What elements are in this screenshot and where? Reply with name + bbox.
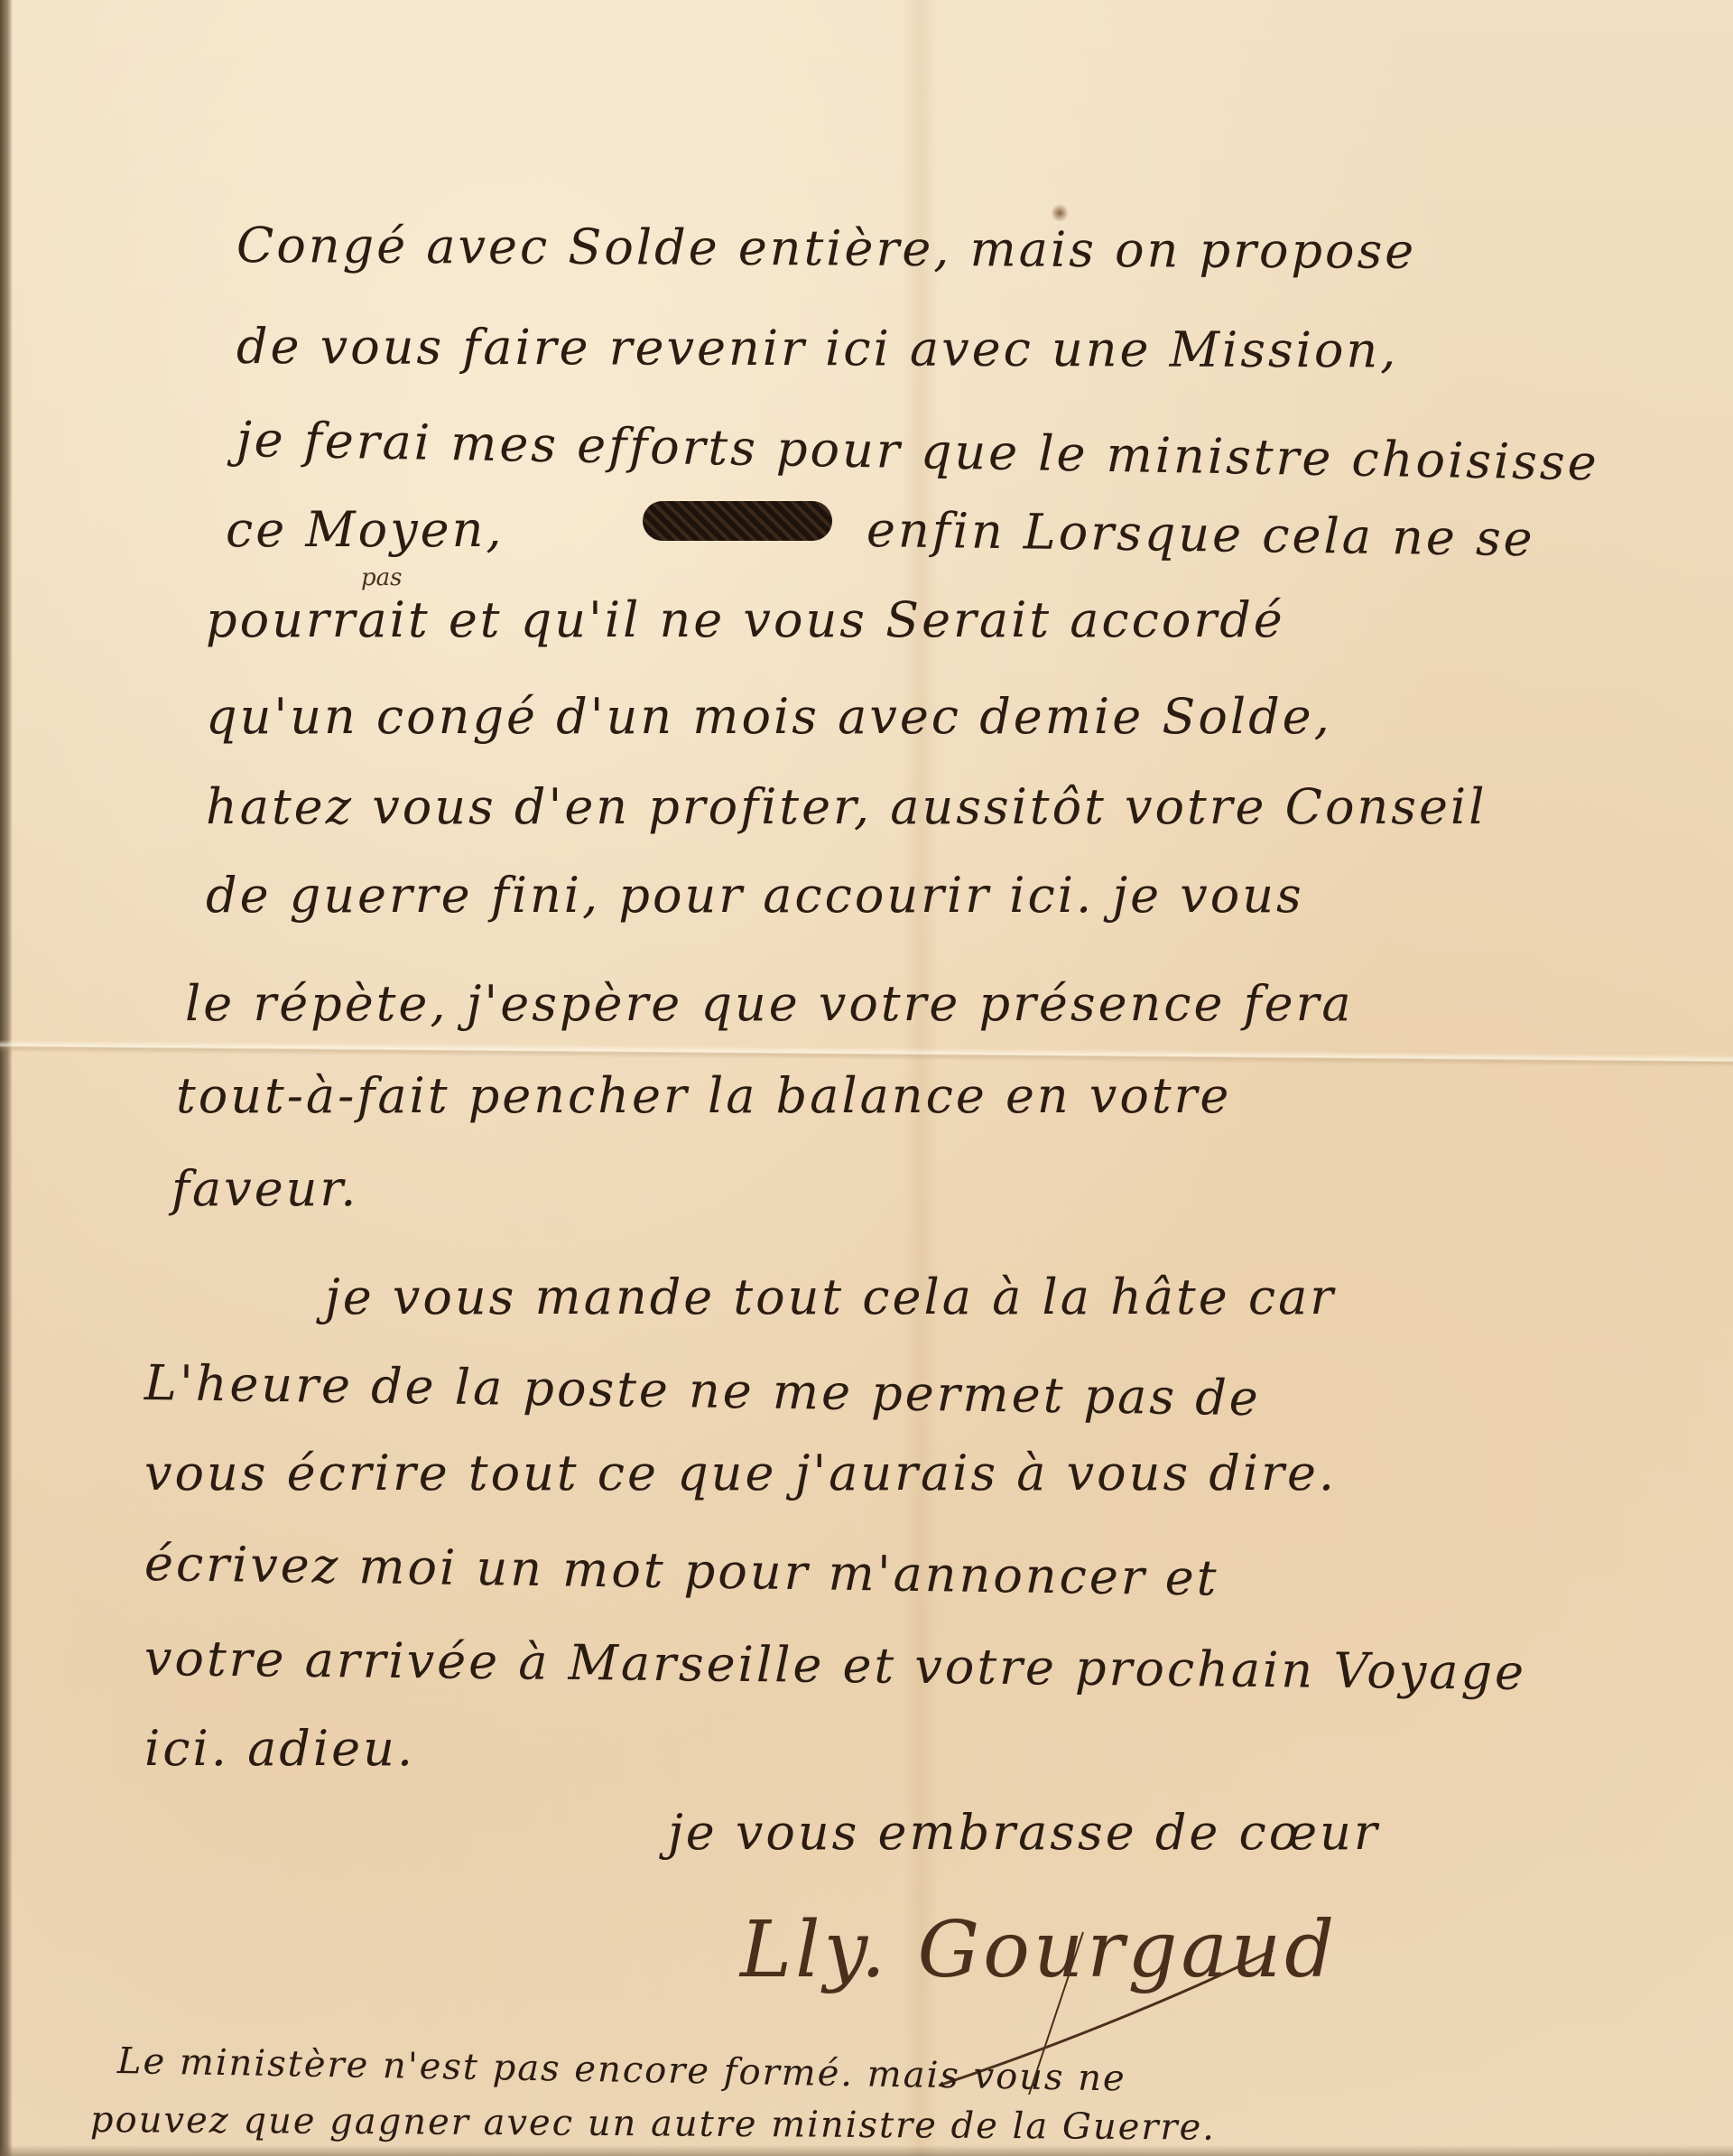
letter-line: je vous mande tout cela à la hâte car [325,1269,1336,1325]
letter-line: votre arrivée à Marseille et votre proch… [144,1630,1527,1701]
crossed-out-word [643,501,832,541]
letter-line: ce Moyen, [226,501,505,558]
letter-line: écrivez moi un mot pour m'annoncer et [144,1535,1219,1607]
postscript-line: pouvez que gagner avec un autre ministre… [90,2099,1216,2149]
letter-line: le répète, j'espère que votre présence f… [185,975,1354,1032]
letter-line: faveur. [171,1160,358,1217]
letter-line: vous écrire tout ce que j'aurais à vous … [144,1445,1337,1501]
interlinear-insertion: pas [361,564,403,591]
letter-line: ici. adieu. [144,1720,415,1777]
binding-edge [0,0,13,2156]
letter-line: L'heure de la poste ne me permet pas de [144,1354,1262,1426]
closing-line: je vous embrasse de cœur [668,1804,1380,1861]
letter-line: tout-à-fait pencher la balance en votre [176,1067,1231,1124]
horizontal-fold-crease [0,1040,1733,1068]
letter-line: Congé avec Solde entière, mais on propos… [236,217,1417,280]
letter-line: de vous faire revenir ici avec une Missi… [236,318,1399,378]
letter-line: de guerre fini, pour accourir ici. je vo… [206,867,1304,924]
letter-line: pourrait et qu'il ne vous Serait accordé [206,591,1285,648]
letter-line: enfin Lorsque cela ne se [866,501,1536,567]
letter-line: je ferai mes efforts pour que le ministr… [236,411,1599,491]
letter-page: Congé avec Solde entière, mais on propos… [0,0,1733,2156]
letter-line: hatez vous d'en profiter, aussitôt votre… [206,778,1487,835]
page-bottom-edge [0,2145,1733,2156]
letter-line: qu'un congé d'un mois avec demie Solde, [206,688,1332,745]
ink-blot [1052,203,1068,223]
